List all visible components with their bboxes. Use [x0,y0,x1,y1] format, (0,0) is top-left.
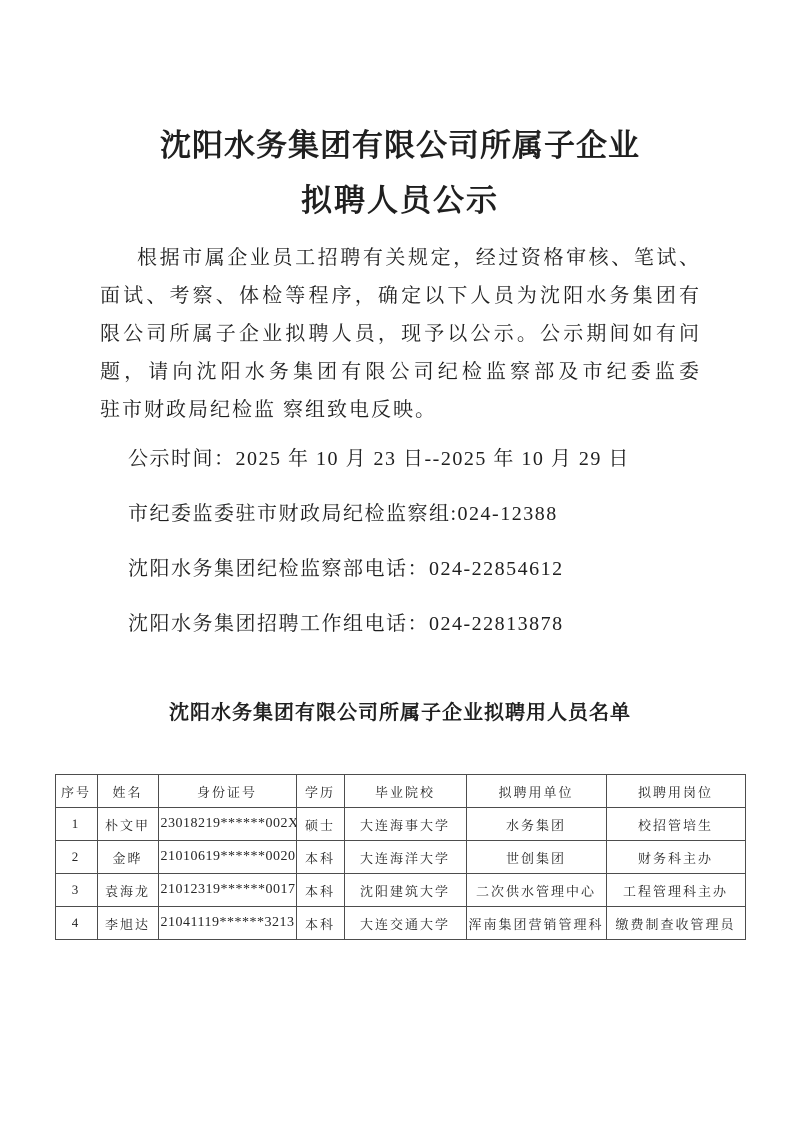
intro-line: 限公司所属子企业拟聘人员，现予以公示。公示期间如有问 [100,315,700,353]
commission-contact: 市纪委监委驻市财政局纪检监察组:024-12388 [128,500,720,528]
cell-id-number: 21041119******3213 [158,907,296,940]
cell-school: 沈阳建筑大学 [344,874,466,907]
cell-education: 本科 [296,907,344,940]
cell-position: 工程管理科主办 [606,874,745,907]
header-name: 姓名 [97,775,158,808]
table-row: 2 金晔 21010619******0020 本科 大连海洋大学 世创集团 财… [55,841,745,874]
cell-position: 缴费制查收管理员 [606,907,745,940]
document-title-line2: 拟聘人员公示 [0,166,800,221]
cell-id-number: 23018219******002X [158,808,296,841]
cell-education: 硕士 [296,808,344,841]
header-employer: 拟聘用单位 [466,775,606,808]
publicity-period: 公示时间：2025 年 10 月 23 日--2025 年 10 月 29 日 [128,445,720,473]
cell-index: 2 [55,841,97,874]
cell-name: 李旭达 [97,907,158,940]
intro-line: 根据市属企业员工招聘有关规定，经过资格审核、笔试、 [100,239,700,277]
hire-table: 序号 姓名 身份证号 学历 毕业院校 拟聘用单位 拟聘用岗位 1 朴文甲 230… [55,774,746,940]
cell-education: 本科 [296,874,344,907]
cell-employer: 世创集团 [466,841,606,874]
intro-line: 驻市财政局纪检监 察组致电反映。 [100,391,700,429]
table-caption: 沈阳水务集团有限公司所属子企业拟聘用人员名单 [0,700,800,726]
cell-school: 大连海事大学 [344,808,466,841]
recruitment-contact: 沈阳水务集团招聘工作组电话：024-22813878 [128,610,720,638]
cell-index: 1 [55,808,97,841]
cell-education: 本科 [296,841,344,874]
cell-name: 朴文甲 [97,808,158,841]
cell-school: 大连交通大学 [344,907,466,940]
header-education: 学历 [296,775,344,808]
cell-employer: 浑南集团营销管理科 [466,907,606,940]
document-title-line1: 沈阳水务集团有限公司所属子企业 [0,0,800,166]
header-id-number: 身份证号 [158,775,296,808]
intro-line: 题，请向沈阳水务集团有限公司纪检监察部及市纪委监委 [100,353,700,391]
header-school: 毕业院校 [344,775,466,808]
cell-employer: 水务集团 [466,808,606,841]
cell-index: 3 [55,874,97,907]
intro-line: 面试、考察、体检等程序，确定以下人员为沈阳水务集团有 [100,277,700,315]
discipline-contact: 沈阳水务集团纪检监察部电话：024-22854612 [128,555,720,583]
cell-position: 财务科主办 [606,841,745,874]
cell-index: 4 [55,907,97,940]
header-position: 拟聘用岗位 [606,775,745,808]
cell-position: 校招管培生 [606,808,745,841]
intro-paragraph: 根据市属企业员工招聘有关规定，经过资格审核、笔试、 面试、考察、体检等程序，确定… [100,239,700,429]
cell-name: 金晔 [97,841,158,874]
cell-employer: 二次供水管理中心 [466,874,606,907]
cell-school: 大连海洋大学 [344,841,466,874]
table-header-row: 序号 姓名 身份证号 学历 毕业院校 拟聘用单位 拟聘用岗位 [55,775,745,808]
table-row: 1 朴文甲 23018219******002X 硕士 大连海事大学 水务集团 … [55,808,745,841]
table-row: 4 李旭达 21041119******3213 本科 大连交通大学 浑南集团营… [55,907,745,940]
contact-block: 公示时间：2025 年 10 月 23 日--2025 年 10 月 29 日 … [128,445,720,638]
cell-id-number: 21012319******0017 [158,874,296,907]
cell-name: 袁海龙 [97,874,158,907]
document-page: 沈阳水务集团有限公司所属子企业 拟聘人员公示 根据市属企业员工招聘有关规定，经过… [0,0,800,1131]
table-row: 3 袁海龙 21012319******0017 本科 沈阳建筑大学 二次供水管… [55,874,745,907]
cell-id-number: 21010619******0020 [158,841,296,874]
header-index: 序号 [55,775,97,808]
